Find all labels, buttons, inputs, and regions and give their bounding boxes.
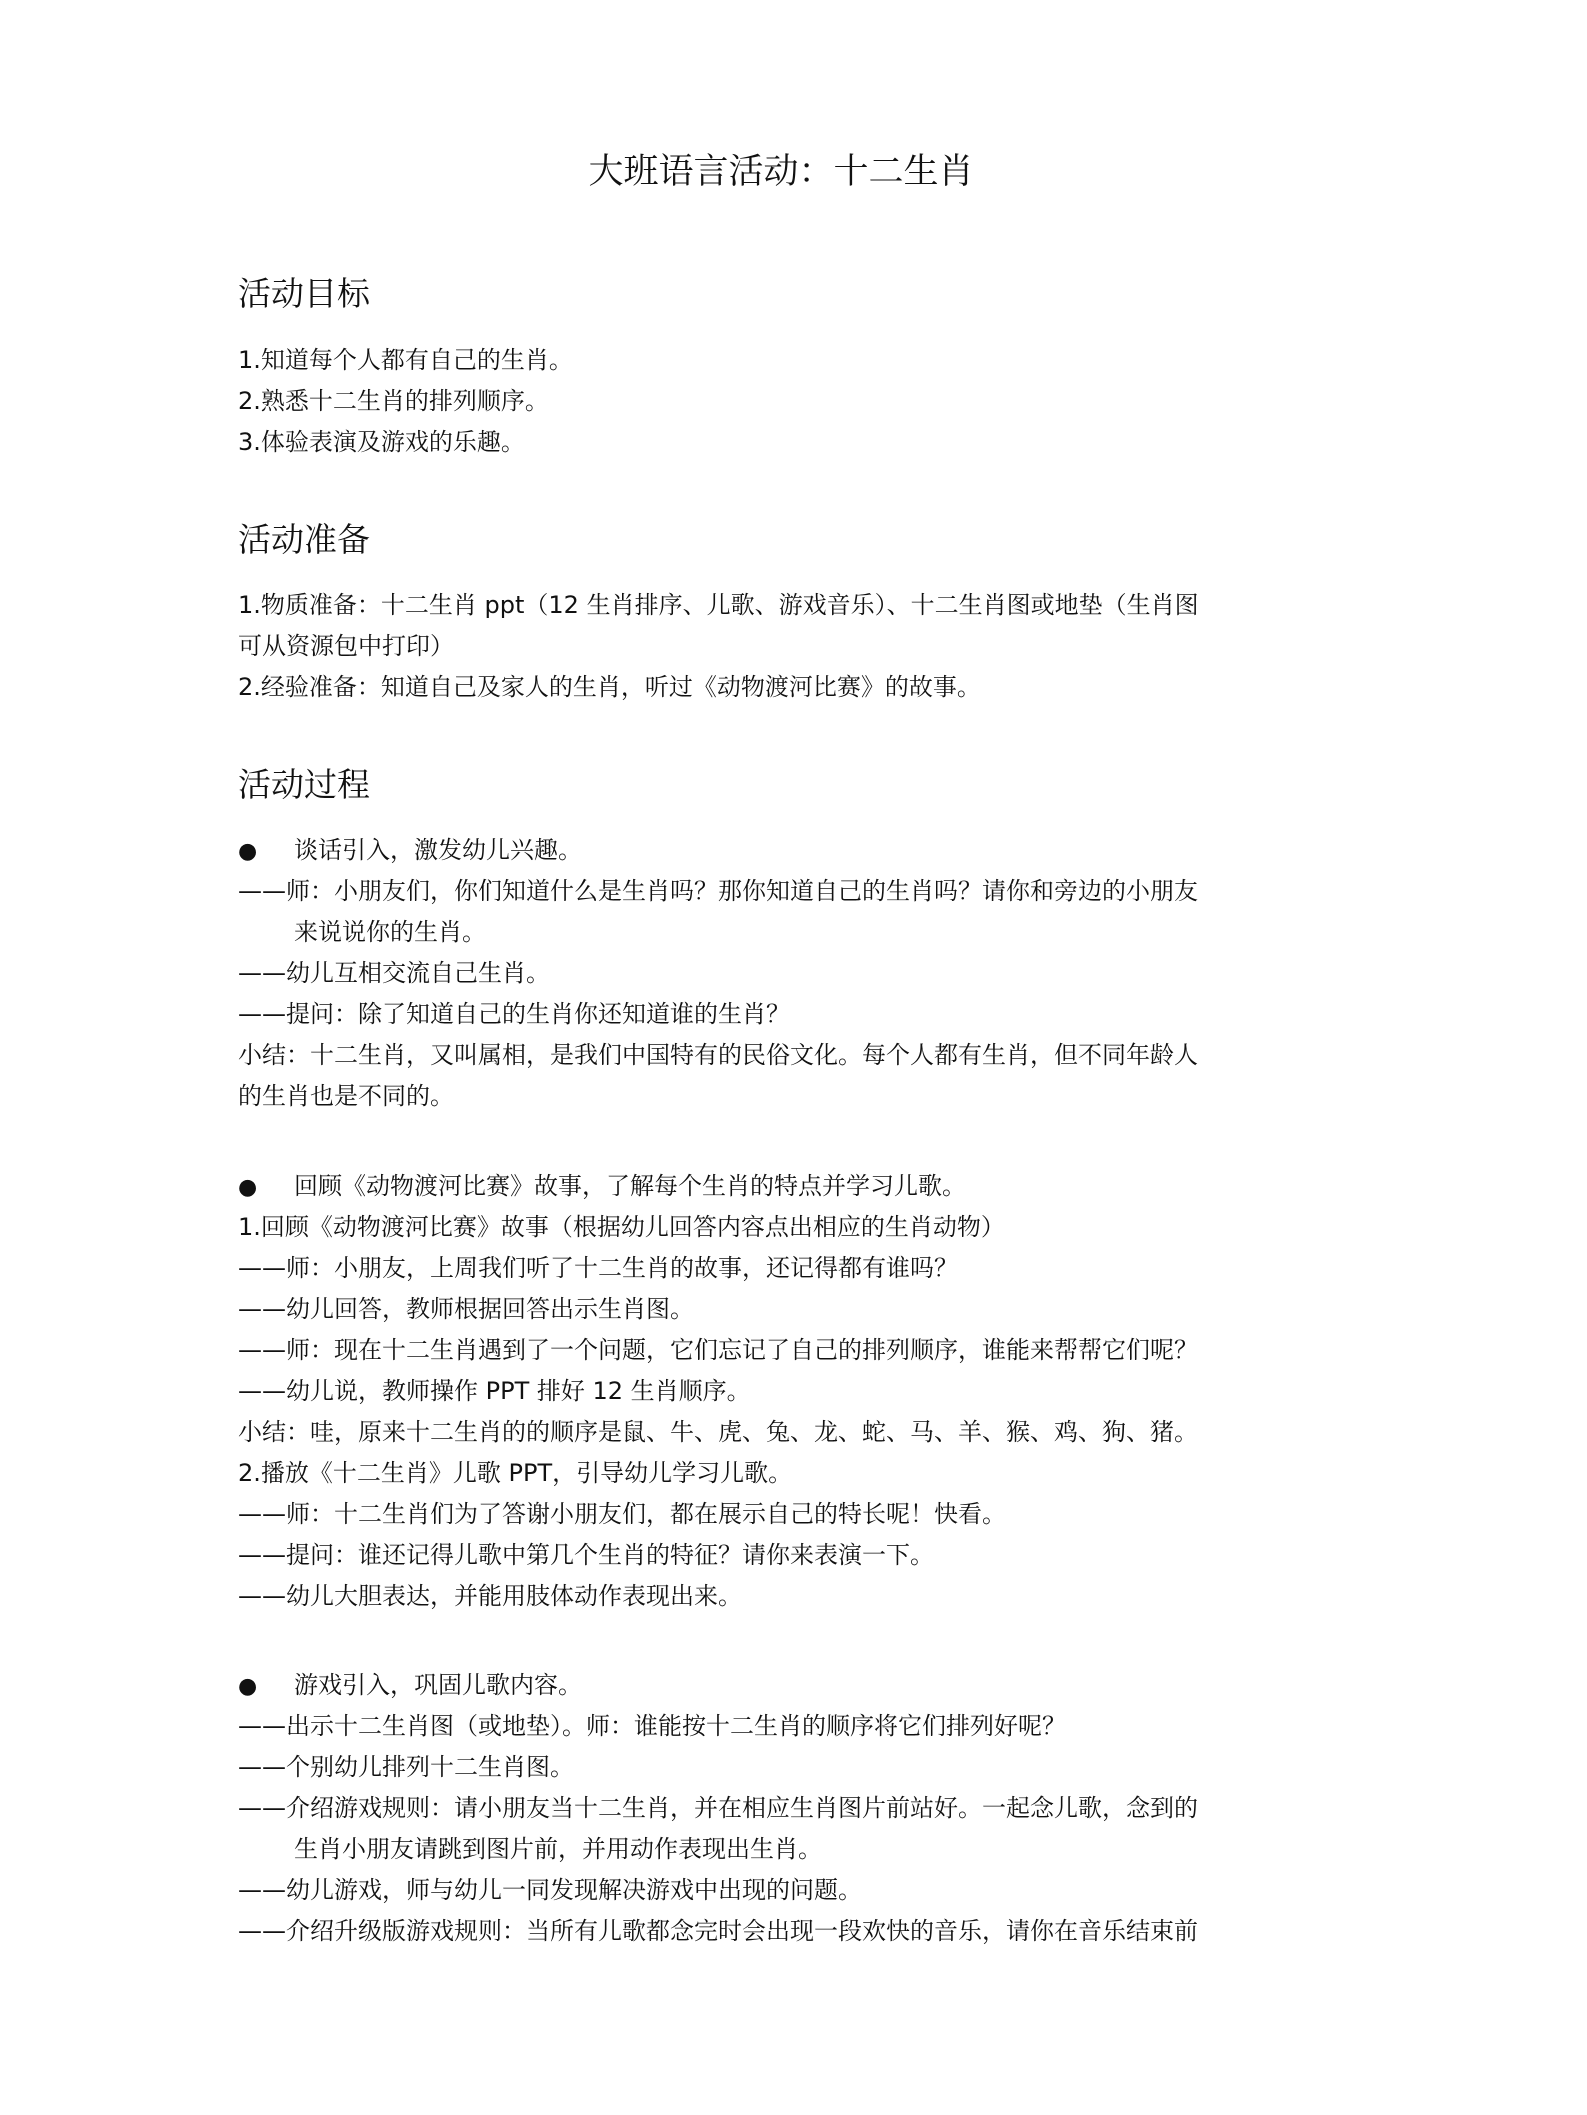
- process-line: 2.播放《十二生肖》儿歌 PPT，引导幼儿学习儿歌。: [238, 1453, 1324, 1494]
- process-line: ——师：十二生肖们为了答谢小朋友们，都在展示自己的特长呢！快看。: [238, 1494, 1324, 1535]
- process-line: ——幼儿游戏，师与幼儿一同发现解决游戏中出现的问题。: [238, 1870, 1324, 1911]
- summary-line: 小结：十二生肖，又叫属相，是我们中国特有的民俗文化。每个人都有生肖，但不同年龄人: [238, 1035, 1324, 1076]
- process-line: ——师：小朋友，上周我们听了十二生肖的故事，还记得都有谁吗？: [238, 1248, 1324, 1289]
- bullet-icon: ●: [238, 1167, 294, 1208]
- heading-process: 活动过程: [238, 763, 370, 807]
- process-line: ——师：现在十二生肖遇到了一个问题，它们忘记了自己的排列顺序，谁能来帮帮它们呢？: [238, 1330, 1324, 1371]
- bullet-item-talk: ●谈话引入，激发幼儿兴趣。: [238, 830, 1324, 872]
- process-line: ——介绍游戏规则：请小朋友当十二生肖，并在相应生肖图片前站好。一起念儿歌，念到的: [238, 1788, 1324, 1829]
- process-line: ——幼儿说，教师操作 PPT 排好 12 生肖顺序。: [238, 1371, 1324, 1412]
- heading-prep: 活动准备: [238, 518, 370, 562]
- heading-goals: 活动目标: [238, 272, 370, 316]
- process-line: ——个别幼儿排列十二生肖图。: [238, 1747, 1324, 1788]
- process-line: ——幼儿大胆表达，并能用肢体动作表现出来。: [238, 1576, 1324, 1617]
- process-line: ——提问：谁还记得儿歌中第几个生肖的特征？请你来表演一下。: [238, 1535, 1324, 1576]
- process-line: 来说说你的生肖。: [238, 912, 1380, 953]
- bullet-icon: ●: [238, 1666, 294, 1707]
- prep-line: 可从资源包中打印）: [238, 626, 1324, 667]
- process-line: 生肖小朋友请跳到图片前，并用动作表现出生肖。: [238, 1829, 1380, 1870]
- prep-line: 2.经验准备：知道自己及家人的生肖，听过《动物渡河比赛》的故事。: [238, 667, 1324, 708]
- goal-line: 2.熟悉十二生肖的排列顺序。: [238, 381, 1324, 422]
- bullet-title: 谈话引入，激发幼儿兴趣。: [294, 836, 582, 864]
- process-line: ——出示十二生肖图（或地垫）。师：谁能按十二生肖的顺序将它们排列好呢？: [238, 1706, 1324, 1747]
- process-line: ——幼儿互相交流自己生肖。: [238, 953, 1324, 994]
- process-line: ——提问：除了知道自己的生肖你还知道谁的生肖？: [238, 994, 1324, 1035]
- process-line: 1.回顾《动物渡河比赛》故事（根据幼儿回答内容点出相应的生肖动物）: [238, 1207, 1324, 1248]
- process-line: ——师：小朋友们，你们知道什么是生肖吗？那你知道自己的生肖吗？请你和旁边的小朋友: [238, 871, 1324, 912]
- process-line: ——幼儿回答，教师根据回答出示生肖图。: [238, 1289, 1324, 1330]
- goal-line: 1.知道每个人都有自己的生肖。: [238, 340, 1324, 381]
- bullet-item-review: ●回顾《动物渡河比赛》故事，了解每个生肖的特点并学习儿歌。: [238, 1166, 1324, 1208]
- bullet-item-game: ●游戏引入，巩固儿歌内容。: [238, 1665, 1324, 1707]
- prep-line: 1.物质准备：十二生肖 ppt（12 生肖排序、儿歌、游戏音乐）、十二生肖图或地…: [238, 585, 1324, 626]
- bullet-title: 回顾《动物渡河比赛》故事，了解每个生肖的特点并学习儿歌。: [294, 1172, 966, 1200]
- summary-line: 的生肖也是不同的。: [238, 1076, 1324, 1117]
- bullet-icon: ●: [238, 831, 294, 872]
- document-title: 大班语言活动：十二生肖: [238, 150, 1324, 194]
- process-line: ——介绍升级版游戏规则：当所有儿歌都念完时会出现一段欢快的音乐，请你在音乐结束前: [238, 1911, 1324, 1952]
- goal-line: 3.体验表演及游戏的乐趣。: [238, 422, 1324, 463]
- bullet-title: 游戏引入，巩固儿歌内容。: [294, 1671, 582, 1699]
- summary-line: 小结：哇，原来十二生肖的的顺序是鼠、牛、虎、兔、龙、蛇、马、羊、猴、鸡、狗、猪。: [238, 1412, 1324, 1453]
